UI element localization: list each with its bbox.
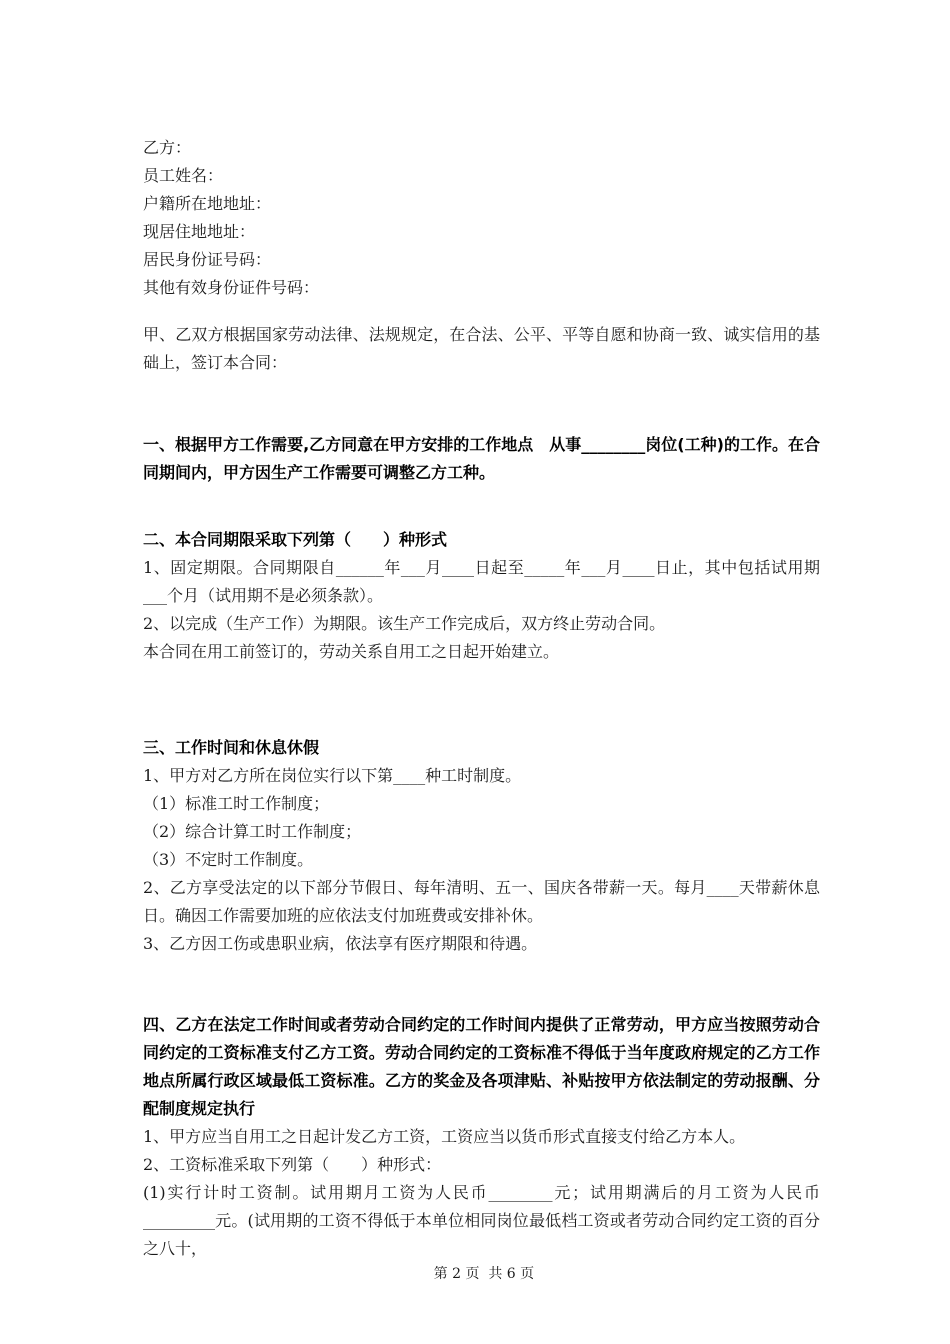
section-3-option-1: （1）标准工时工作制度；: [143, 790, 820, 818]
section-3-heading: 三、工作时间和休息休假: [143, 734, 820, 762]
section-3-option-3: （3）不定时工作制度。: [143, 846, 820, 874]
id-number-label: 居民身份证号码：: [143, 246, 820, 274]
section-2-item-1: 1、固定期限。合同期限自______年___月____日起至_____年___月…: [143, 554, 820, 610]
section-3-item-1: 1、甲方对乙方所在岗位实行以下第____种工时制度。: [143, 762, 820, 790]
party-b-info-block: 乙方： 员工姓名： 户籍所在地地址： 现居住地地址： 居民身份证号码： 其他有效…: [143, 134, 820, 302]
section-4-item-2: 2、工资标准采取下列第（ ）种形式：: [143, 1151, 820, 1179]
current-address-label: 现居住地地址：: [143, 218, 820, 246]
section-2: 二、本合同期限采取下列第（ ）种形式 1、固定期限。合同期限自______年__…: [143, 526, 820, 666]
contract-document-page: 乙方： 员工姓名： 户籍所在地地址： 现居住地地址： 居民身份证号码： 其他有效…: [0, 0, 950, 1344]
section-3: 三、工作时间和休息休假 1、甲方对乙方所在岗位实行以下第____种工时制度。 （…: [143, 734, 820, 958]
other-id-number-label: 其他有效身份证件号码：: [143, 274, 820, 302]
contract-body: 乙方： 员工姓名： 户籍所在地地址： 现居住地地址： 居民身份证号码： 其他有效…: [143, 134, 820, 1263]
section-2-item-3: 本合同在用工前签订的，劳动关系自用工之日起开始建立。: [143, 638, 820, 666]
section-4: 四、乙方在法定工作时间或者劳动合同约定的工作时间内提供了正常劳动，甲方应当按照劳…: [143, 1011, 820, 1263]
party-b-label: 乙方：: [143, 134, 820, 162]
section-3-item-3: 3、乙方因工伤或患职业病，依法享有医疗期限和待遇。: [143, 930, 820, 958]
employee-name-label: 员工姓名：: [143, 162, 820, 190]
section-4-item-1: 1、甲方应当自用工之日起计发乙方工资，工资应当以货币形式直接支付给乙方本人。: [143, 1123, 820, 1151]
page-number-label: 第 2 页 共 6 页: [434, 1266, 535, 1282]
section-3-option-2: （2）综合计算工时工作制度；: [143, 818, 820, 846]
page-footer: 第 2 页 共 6 页: [0, 1238, 950, 1310]
section-1: 一、根据甲方工作需要,乙方同意在甲方安排的工作地点 从事________岗位(工…: [143, 431, 820, 487]
section-1-heading: 一、根据甲方工作需要,乙方同意在甲方安排的工作地点 从事________岗位(工…: [143, 431, 820, 487]
section-3-item-2: 2、乙方享受法定的以下部分节假日、每年清明、五一、国庆各带薪一天。每月____天…: [143, 874, 820, 930]
registered-address-label: 户籍所在地地址：: [143, 190, 820, 218]
section-4-heading: 四、乙方在法定工作时间或者劳动合同约定的工作时间内提供了正常劳动，甲方应当按照劳…: [143, 1011, 820, 1123]
section-2-heading: 二、本合同期限采取下列第（ ）种形式: [143, 526, 820, 554]
section-2-item-2: 2、以完成（生产工作）为期限。该生产工作完成后，双方终止劳动合同。: [143, 610, 820, 638]
intro-paragraph: 甲、乙双方根据国家劳动法律、法规规定，在合法、公平、平等自愿和协商一致、诚实信用…: [143, 321, 820, 377]
